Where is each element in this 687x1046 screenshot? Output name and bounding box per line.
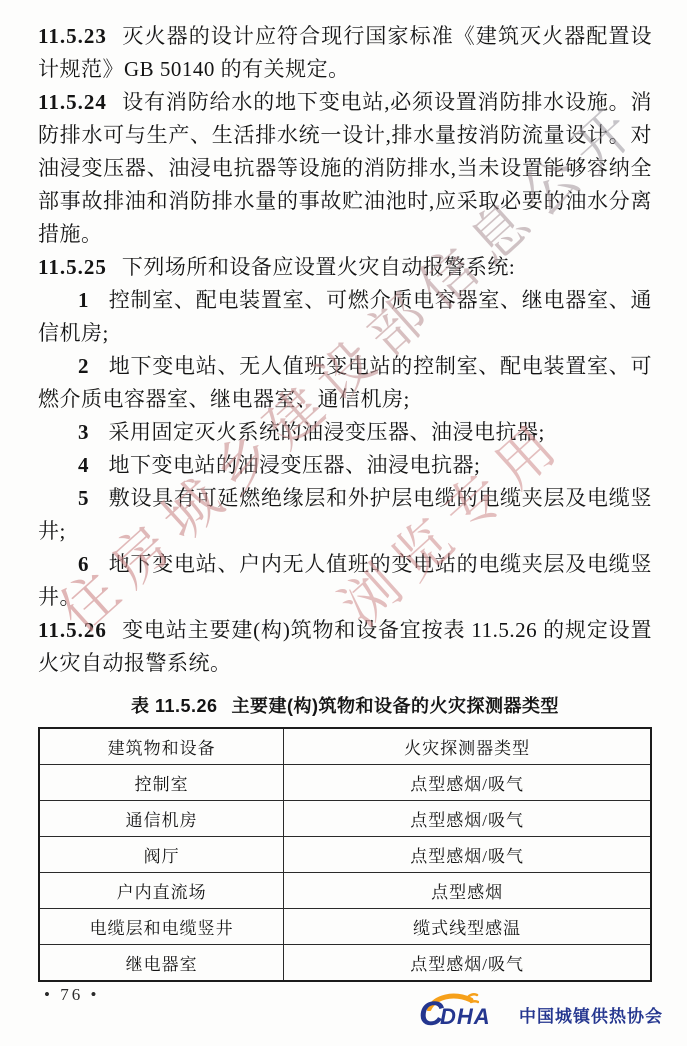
table-row: 控制室 点型感烟/吸气 xyxy=(39,765,651,801)
document-page: 11.5.23灭火器的设计应符合现行国家标准《建筑灭火器配置设计规范》GB 50… xyxy=(0,0,687,1046)
logo-org-name: 中国城镇供热协会 xyxy=(519,1002,663,1027)
clause-text: 下列场所和设备应设置火灾自动报警系统: xyxy=(122,255,515,279)
table-row: 继电器室 点型感烟/吸气 xyxy=(39,945,651,982)
detector-type-table: 建筑物和设备 火灾探测器类型 控制室 点型感烟/吸气 通信机房 点型感烟/吸气 … xyxy=(38,727,652,982)
page-number: • 76 • xyxy=(44,985,99,1005)
item-text: 地下变电站、户内无人值班的变电站的电缆夹层及电缆竖井。 xyxy=(38,552,652,609)
cell-building: 户内直流场 xyxy=(39,873,284,909)
document-body: 11.5.23灭火器的设计应符合现行国家标准《建筑灭火器配置设计规范》GB 50… xyxy=(38,20,652,982)
table-caption-label: 表 11.5.26 xyxy=(131,696,218,716)
table-caption-title: 主要建(构)筑物和设备的火灾探测器类型 xyxy=(232,696,560,716)
item-number: 2 xyxy=(78,354,90,378)
clause-text: 设有消防给水的地下变电站,必须设置消防排水设施。消防排水可与生产、生活排水统一设… xyxy=(38,90,652,246)
item-number: 6 xyxy=(78,552,90,576)
cdha-logo: C DHA 中国城镇供热协会 xyxy=(419,993,663,1035)
clause-number: 11.5.23 xyxy=(38,24,107,48)
cell-detector: 点型感烟 xyxy=(284,873,651,909)
clause-11-5-24: 11.5.24设有消防给水的地下变电站,必须设置消防排水设施。消防排水可与生产、… xyxy=(38,86,652,251)
cell-building: 控制室 xyxy=(39,765,284,801)
table-caption: 表 11.5.26主要建(构)筑物和设备的火灾探测器类型 xyxy=(38,694,652,718)
list-item-6: 6地下变电站、户内无人值班的变电站的电缆夹层及电缆竖井。 xyxy=(38,548,652,614)
cell-detector: 点型感烟/吸气 xyxy=(284,765,651,801)
column-header-building: 建筑物和设备 xyxy=(39,728,284,765)
cell-detector: 点型感烟/吸气 xyxy=(284,801,651,837)
list-item-1: 1控制室、配电装置室、可燃介质电容器室、继电器室、通信机房; xyxy=(38,284,652,350)
item-text: 控制室、配电装置室、可燃介质电容器室、继电器室、通信机房; xyxy=(38,288,652,345)
clause-number: 11.5.25 xyxy=(38,255,107,279)
list-item-2: 2地下变电站、无人值班变电站的控制室、配电装置室、可燃介质电容器室、继电器室、通… xyxy=(38,350,652,416)
cell-building: 电缆层和电缆竖井 xyxy=(39,909,284,945)
item-number: 1 xyxy=(78,288,90,312)
cell-detector: 缆式线型感温 xyxy=(284,909,651,945)
column-header-detector: 火灾探测器类型 xyxy=(284,728,651,765)
item-text: 地下变电站、无人值班变电站的控制室、配电装置室、可燃介质电容器室、继电器室、通信… xyxy=(38,354,652,411)
item-number: 3 xyxy=(78,420,90,444)
clause-number: 11.5.26 xyxy=(38,618,107,642)
clause-text: 变电站主要建(构)筑物和设备宜按表 11.5.26 的规定设置火灾自动报警系统。 xyxy=(38,618,652,675)
item-number: 4 xyxy=(78,453,90,477)
item-number: 5 xyxy=(78,486,90,510)
item-text: 地下变电站的油浸变压器、油浸电抗器; xyxy=(109,453,481,477)
cell-detector: 点型感烟/吸气 xyxy=(284,945,651,982)
cell-building: 继电器室 xyxy=(39,945,284,982)
list-item-4: 4地下变电站的油浸变压器、油浸电抗器; xyxy=(38,449,652,482)
list-item-5: 5敷设具有可延燃绝缘层和外护层电缆的电缆夹层及电缆竖井; xyxy=(38,482,652,548)
table-row: 通信机房 点型感烟/吸气 xyxy=(39,801,651,837)
cdha-logo-mark: C DHA xyxy=(419,993,511,1035)
list-item-3: 3采用固定灭火系统的油浸变压器、油浸电抗器; xyxy=(38,416,652,449)
logo-acronym: DHA xyxy=(440,1006,491,1028)
clause-11-5-25: 11.5.25下列场所和设备应设置火灾自动报警系统: xyxy=(38,251,652,284)
cell-building: 阀厅 xyxy=(39,837,284,873)
clause-11-5-26: 11.5.26变电站主要建(构)筑物和设备宜按表 11.5.26 的规定设置火灾… xyxy=(38,614,652,680)
item-text: 采用固定灭火系统的油浸变压器、油浸电抗器; xyxy=(109,420,545,444)
cell-building: 通信机房 xyxy=(39,801,284,837)
clause-number: 11.5.24 xyxy=(38,90,107,114)
table-row: 阀厅 点型感烟/吸气 xyxy=(39,837,651,873)
table-header-row: 建筑物和设备 火灾探测器类型 xyxy=(39,728,651,765)
table-row: 电缆层和电缆竖井 缆式线型感温 xyxy=(39,909,651,945)
clause-text: 灭火器的设计应符合现行国家标准《建筑灭火器配置设计规范》GB 50140 的有关… xyxy=(38,24,652,81)
item-text: 敷设具有可延燃绝缘层和外护层电缆的电缆夹层及电缆竖井; xyxy=(38,486,652,543)
clause-11-5-23: 11.5.23灭火器的设计应符合现行国家标准《建筑灭火器配置设计规范》GB 50… xyxy=(38,20,652,86)
table-row: 户内直流场 点型感烟 xyxy=(39,873,651,909)
cell-detector: 点型感烟/吸气 xyxy=(284,837,651,873)
